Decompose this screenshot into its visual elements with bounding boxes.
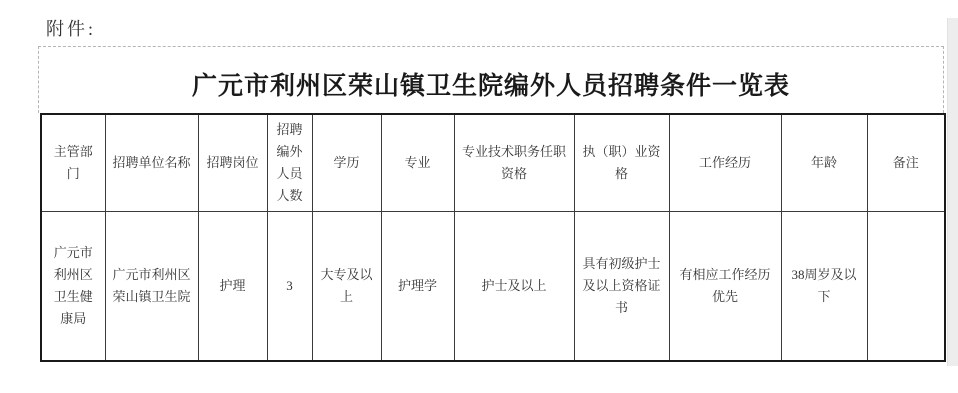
document-page: 附件: 广元市利州区荣山镇卫生院编外人员招聘条件一览表 主管部门招聘单位名称招聘… (0, 0, 958, 393)
attachment-label: 附件: (46, 15, 96, 41)
table-cell: 护理 (198, 211, 267, 361)
header-cell: 专业技术职务任职资格 (454, 114, 574, 211)
header-cell: 专业 (381, 114, 454, 211)
table-cell: 具有初级护士及以上资格证书 (574, 211, 669, 361)
table-cell: 护士及以上 (454, 211, 574, 361)
table-row: 广元市利州区卫生健康局广元市利州区荣山镇卫生院护理3大专及以上护理学护士及以上具… (41, 211, 945, 361)
header-cell: 学历 (312, 114, 381, 211)
table-cell (867, 211, 945, 361)
table-cell: 广元市利州区荣山镇卫生院 (105, 211, 198, 361)
table-cell: 护理学 (381, 211, 454, 361)
header-cell: 主管部门 (41, 114, 105, 211)
header-cell: 年龄 (781, 114, 867, 211)
recruitment-table: 主管部门招聘单位名称招聘岗位招聘编外人员人数学历专业专业技术职务任职资格执（职）… (40, 113, 946, 362)
header-cell: 工作经历 (669, 114, 781, 211)
table-cell: 广元市利州区卫生健康局 (41, 211, 105, 361)
table-cell: 38周岁及以下 (781, 211, 867, 361)
table-cell: 3 (267, 211, 312, 361)
table-cell: 有相应工作经历优先 (669, 211, 781, 361)
header-cell: 执（职）业资格 (574, 114, 669, 211)
table-cell: 大专及以上 (312, 211, 381, 361)
header-cell: 备注 (867, 114, 945, 211)
header-cell: 招聘编外人员人数 (267, 114, 312, 211)
header-cell: 招聘岗位 (198, 114, 267, 211)
table-header-row: 主管部门招聘单位名称招聘岗位招聘编外人员人数学历专业专业技术职务任职资格执（职）… (41, 114, 945, 211)
page-title: 广元市利州区荣山镇卫生院编外人员招聘条件一览表 (192, 58, 790, 102)
title-frame: 广元市利州区荣山镇卫生院编外人员招聘条件一览表 (38, 46, 944, 113)
header-cell: 招聘单位名称 (105, 114, 198, 211)
page-edge-shadow (947, 18, 958, 366)
